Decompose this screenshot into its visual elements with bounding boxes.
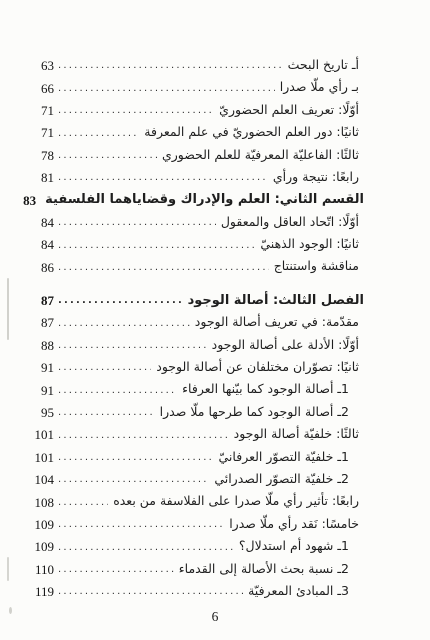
entry-label: مقدّمة: في تعريف أصالة الوجود xyxy=(195,316,359,329)
entry-page: 101 xyxy=(28,450,54,466)
toc-row: أـ تاريخ البحث63 xyxy=(28,54,364,76)
toc-row: بـ رأي ملّا صدرا66 xyxy=(28,76,364,98)
dot-leader xyxy=(58,53,283,76)
entry-label: 2ـ أصالة الوجود كما طرحها ملّا صدرا xyxy=(160,406,349,419)
entry-page: 91 xyxy=(28,383,54,399)
entry-page: 84 xyxy=(28,215,54,231)
entry-page: 66 xyxy=(28,81,54,97)
toc-row: 3ـ المبادئ المعرفيّة119 xyxy=(28,580,364,602)
toc-row: أوّلًا: اتّحاد العاقل والمعقول84 xyxy=(28,211,364,233)
dot-leader xyxy=(58,557,174,580)
toc-row: 1ـ خلفيّة التصوّر العرفانيّ101 xyxy=(28,446,364,468)
entry-page: 104 xyxy=(28,472,54,488)
dot-leader xyxy=(58,512,224,535)
dot-leader xyxy=(58,76,275,99)
toc-row: 2ـ خلفيّة التصوّر الصدرائي104 xyxy=(28,468,364,490)
toc-row: 1ـ أصالة الوجود كما بيّنها العرفاء91 xyxy=(28,378,364,400)
toc-row: خامسًا: نَقد رأي ملّا صدرا109 xyxy=(28,513,364,535)
entry-label: ثانيًا: دور العلم الحضوريّ في علم المعرف… xyxy=(144,126,359,139)
dot-leader xyxy=(58,579,243,602)
dot-leader xyxy=(58,467,209,490)
dot-leader xyxy=(58,233,255,256)
entry-page: 109 xyxy=(28,517,54,533)
scanned-toc-page: أـ تاريخ البحث63بـ رأي ملّا صدرا66أوّلًا… xyxy=(0,0,430,640)
entry-page: 91 xyxy=(28,360,54,376)
entry-page: 87 xyxy=(28,293,54,309)
toc-row: رابعًا: تأثير رأي ملّا صدرا على الفلاسفة… xyxy=(28,490,364,512)
entry-label: ثالثًا: الفاعليّة المعرفيّة للعلم الحضور… xyxy=(162,149,359,162)
dot-leader xyxy=(58,333,207,356)
entry-page: 88 xyxy=(28,338,54,354)
entry-label: رابعًا: تأثير رأي ملّا صدرا على الفلاسفة… xyxy=(113,495,359,508)
entry-label: بـ رأي ملّا صدرا xyxy=(280,81,359,94)
toc-row: ثانيًا: دور العلم الحضوريّ في علم المعرف… xyxy=(28,121,364,143)
entry-label: مناقشة واستنتاج xyxy=(274,260,359,273)
entry-label: 1ـ شهود أم استدلال؟ xyxy=(239,540,349,553)
dot-leader xyxy=(58,423,229,446)
toc-row: ثانيًا: تصوّران مختلفان عن أصالة الوجود9… xyxy=(28,356,364,378)
entry-page: 81 xyxy=(28,170,54,186)
page-number-footer: 6 xyxy=(0,609,430,625)
entry-label: أوّلًا: الأدلة على أصالة الوجود xyxy=(212,339,359,352)
toc-row: رابعًا: نتيجة ورأي81 xyxy=(28,166,364,188)
entry-label: 2ـ نسبة بحث الأصالة إلى القدماء xyxy=(179,563,349,576)
dot-leader xyxy=(58,255,269,278)
entry-label: 3ـ المبادئ المعرفيّة xyxy=(248,585,349,598)
dot-leader xyxy=(58,445,214,468)
toc-row: القسم الثاني: العلم والإدراك وقضاياهما ا… xyxy=(28,188,364,210)
dot-leader xyxy=(58,490,108,513)
dot-leader xyxy=(58,288,183,311)
entry-page: 101 xyxy=(28,427,54,443)
entry-page: 109 xyxy=(28,539,54,555)
entry-page: 83 xyxy=(10,193,36,209)
toc-row: ثانيًا: الوجود الذهنيّ84 xyxy=(28,233,364,255)
dot-leader xyxy=(58,535,234,558)
entry-label: رابعًا: نتيجة ورأي xyxy=(273,171,359,184)
entry-page: 86 xyxy=(28,260,54,276)
entry-page: 63 xyxy=(28,58,54,74)
dot-leader xyxy=(58,121,139,144)
entry-label: ثالثًا: خلفيّة أصالة الوجود xyxy=(234,428,359,441)
entry-label: 1ـ خلفيّة التصوّر العرفانيّ xyxy=(219,451,349,464)
entry-page: 78 xyxy=(28,148,54,164)
entry-label: 2ـ خلفيّة التصوّر الصدرائي xyxy=(214,473,349,486)
entry-label: ثانيًا: تصوّران مختلفان عن أصالة الوجود xyxy=(156,361,359,374)
entry-page: 84 xyxy=(28,237,54,253)
entry-page: 71 xyxy=(28,103,54,119)
entry-label: أـ تاريخ البحث xyxy=(288,59,359,72)
dot-leader xyxy=(58,98,214,121)
dot-leader xyxy=(58,143,157,166)
entry-page: 110 xyxy=(28,562,54,578)
toc-row: مناقشة واستنتاج86 xyxy=(28,256,364,278)
entry-label: الفصل الثالث: أصالة الوجود xyxy=(188,294,364,307)
scan-artifact-dot xyxy=(9,607,12,614)
entry-page: 87 xyxy=(28,315,54,331)
dot-leader xyxy=(58,355,151,378)
entry-label: خامسًا: نَقد رأي ملّا صدرا xyxy=(229,518,359,531)
toc-row: ثالثًا: الفاعليّة المعرفيّة للعلم الحضور… xyxy=(28,144,364,166)
table-of-contents: أـ تاريخ البحث63بـ رأي ملّا صدرا66أوّلًا… xyxy=(0,54,430,602)
toc-row: ثالثًا: خلفيّة أصالة الوجود101 xyxy=(28,423,364,445)
dot-leader xyxy=(58,400,155,423)
entry-label: القسم الثاني: العلم والإدراك وقضاياهما ا… xyxy=(45,193,364,206)
entry-page: 71 xyxy=(28,125,54,141)
dot-leader xyxy=(58,210,216,233)
toc-row: 2ـ أصالة الوجود كما طرحها ملّا صدرا95 xyxy=(28,401,364,423)
toc-row: مقدّمة: في تعريف أصالة الوجود87 xyxy=(28,311,364,333)
entry-label: ثانيًا: الوجود الذهنيّ xyxy=(260,238,359,251)
toc-row: أوّلًا: الأدلة على أصالة الوجود88 xyxy=(28,334,364,356)
scan-artifact-line xyxy=(7,278,9,340)
toc-row: الفصل الثالث: أصالة الوجود87 xyxy=(28,289,364,311)
entry-label: أوّلًا: تعريف العلم الحضوريّ xyxy=(219,104,359,117)
entry-label: أوّلًا: اتّحاد العاقل والمعقول xyxy=(221,216,359,229)
entry-label: 1ـ أصالة الوجود كما بيّنها العرفاء xyxy=(182,383,349,396)
entry-page: 119 xyxy=(28,584,54,600)
toc-row: 2ـ نسبة بحث الأصالة إلى القدماء110 xyxy=(28,558,364,580)
dot-leader xyxy=(58,165,268,188)
entry-page: 108 xyxy=(28,495,54,511)
dot-leader xyxy=(58,378,177,401)
toc-row: 1ـ شهود أم استدلال؟109 xyxy=(28,535,364,557)
entry-page: 95 xyxy=(28,405,54,421)
dot-leader xyxy=(58,311,190,334)
toc-row: أوّلًا: تعريف العلم الحضوريّ71 xyxy=(28,99,364,121)
scan-artifact-line xyxy=(7,557,9,581)
